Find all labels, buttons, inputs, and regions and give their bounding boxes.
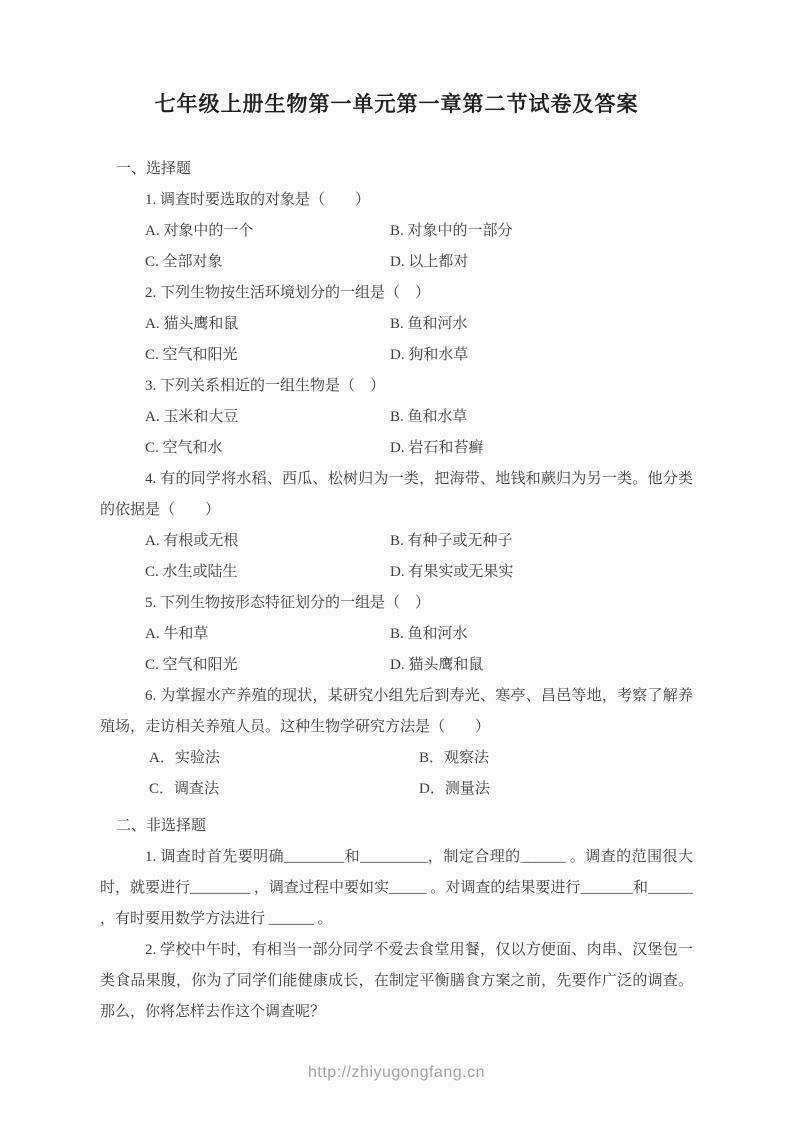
- question-6-option-c: C．调查法: [149, 774, 419, 805]
- question-3-text: 3. 下列关系相近的一组生物是（ ）: [100, 371, 693, 402]
- question-4-option-c: C. 水生或陆生: [145, 557, 390, 588]
- question-5-option-d: D. 猫头鹰和鼠: [390, 650, 693, 681]
- question-4-option-a: A. 有根或无根: [145, 526, 390, 557]
- question-6-option-b: B．观察法: [419, 743, 693, 774]
- question-5-option-c: C. 空气和阳光: [145, 650, 390, 681]
- question-4-options-ab: A. 有根或无根 B. 有种子或无种子: [100, 526, 693, 557]
- question-2-text: 2. 下列生物按生活环境划分的一组是（ ）: [100, 278, 693, 309]
- question-5-text: 5. 下列生物按形态特征划分的一组是（ ）: [100, 588, 693, 619]
- question-6-options-cd: C．调查法 D．测量法: [100, 774, 693, 805]
- question-3-option-c: C. 空气和水: [145, 433, 390, 464]
- question-4-text: 4. 有的同学将水稻、西瓜、松树归为一类，把海带、地钱和蕨归为另一类。他分类的依…: [100, 464, 693, 526]
- question-2-options-cd: C. 空气和阳光 D. 狗和水草: [100, 340, 693, 371]
- question-2-option-c: C. 空气和阳光: [145, 340, 390, 371]
- question-6-option-d: D．测量法: [419, 774, 693, 805]
- question-2-options-ab: A. 猫头鹰和鼠 B. 鱼和河水: [100, 309, 693, 340]
- question-3-option-b: B. 鱼和水草: [390, 402, 693, 433]
- question-1-options-cd: C. 全部对象 D. 以上都对: [100, 247, 693, 278]
- document-page: 七年级上册生物第一单元第一章第二节试卷及答案 一、选择题 1. 调查时要选取的对…: [0, 0, 793, 1122]
- question-5-options-ab: A. 牛和草 B. 鱼和河水: [100, 619, 693, 650]
- question-1-option-b: B. 对象中的一部分: [390, 216, 693, 247]
- section-non-choice-questions: 二、非选择题 1. 调查时首先要明确________和_________，制定合…: [100, 811, 693, 1028]
- footer-watermark-url: http://zhiyugongfang.cn: [0, 1064, 793, 1082]
- question-4-options-cd: C. 水生或陆生 D. 有果实或无果实: [100, 557, 693, 588]
- question-4-option-d: D. 有果实或无果实: [390, 557, 693, 588]
- question-5-options-cd: C. 空气和阳光 D. 猫头鹰和鼠: [100, 650, 693, 681]
- question-1-option-a: A. 对象中的一个: [145, 216, 390, 247]
- question-1-options-ab: A. 对象中的一个 B. 对象中的一部分: [100, 216, 693, 247]
- section-1-heading: 一、选择题: [116, 154, 693, 185]
- question-5-option-b: B. 鱼和河水: [390, 619, 693, 650]
- fill-in-blank-question-1: 1. 调查时首先要明确________和_________，制定合理的_____…: [100, 842, 693, 935]
- question-3-option-d: D. 岩石和苔癣: [390, 433, 693, 464]
- question-2-option-a: A. 猫头鹰和鼠: [145, 309, 390, 340]
- question-6-options-ab: A．实验法 B．观察法: [100, 743, 693, 774]
- question-6-text: 6. 为掌握水产养殖的现状，某研究小组先后到寿光、寒亭、昌邑等地，考察了解养殖场…: [100, 681, 693, 743]
- question-1-option-d: D. 以上都对: [390, 247, 693, 278]
- question-3-option-a: A. 玉米和大豆: [145, 402, 390, 433]
- open-question-2: 2. 学校中午时，有相当一部分同学不爱去食堂用餐，仅以方便面、肉串、汉堡包一类食…: [100, 935, 693, 1028]
- question-2-option-d: D. 狗和水草: [390, 340, 693, 371]
- page-title: 七年级上册生物第一单元第一章第二节试卷及答案: [100, 90, 693, 118]
- question-3-options-cd: C. 空气和水 D. 岩石和苔癣: [100, 433, 693, 464]
- question-1-text: 1. 调查时要选取的对象是（ ）: [100, 185, 693, 216]
- question-5-option-a: A. 牛和草: [145, 619, 390, 650]
- section-choice-questions: 一、选择题 1. 调查时要选取的对象是（ ） A. 对象中的一个 B. 对象中的…: [100, 154, 693, 805]
- question-2-option-b: B. 鱼和河水: [390, 309, 693, 340]
- section-2-heading: 二、非选择题: [116, 811, 693, 842]
- question-3-options-ab: A. 玉米和大豆 B. 鱼和水草: [100, 402, 693, 433]
- question-6-option-a: A．实验法: [149, 743, 419, 774]
- question-4-option-b: B. 有种子或无种子: [390, 526, 693, 557]
- question-1-option-c: C. 全部对象: [145, 247, 390, 278]
